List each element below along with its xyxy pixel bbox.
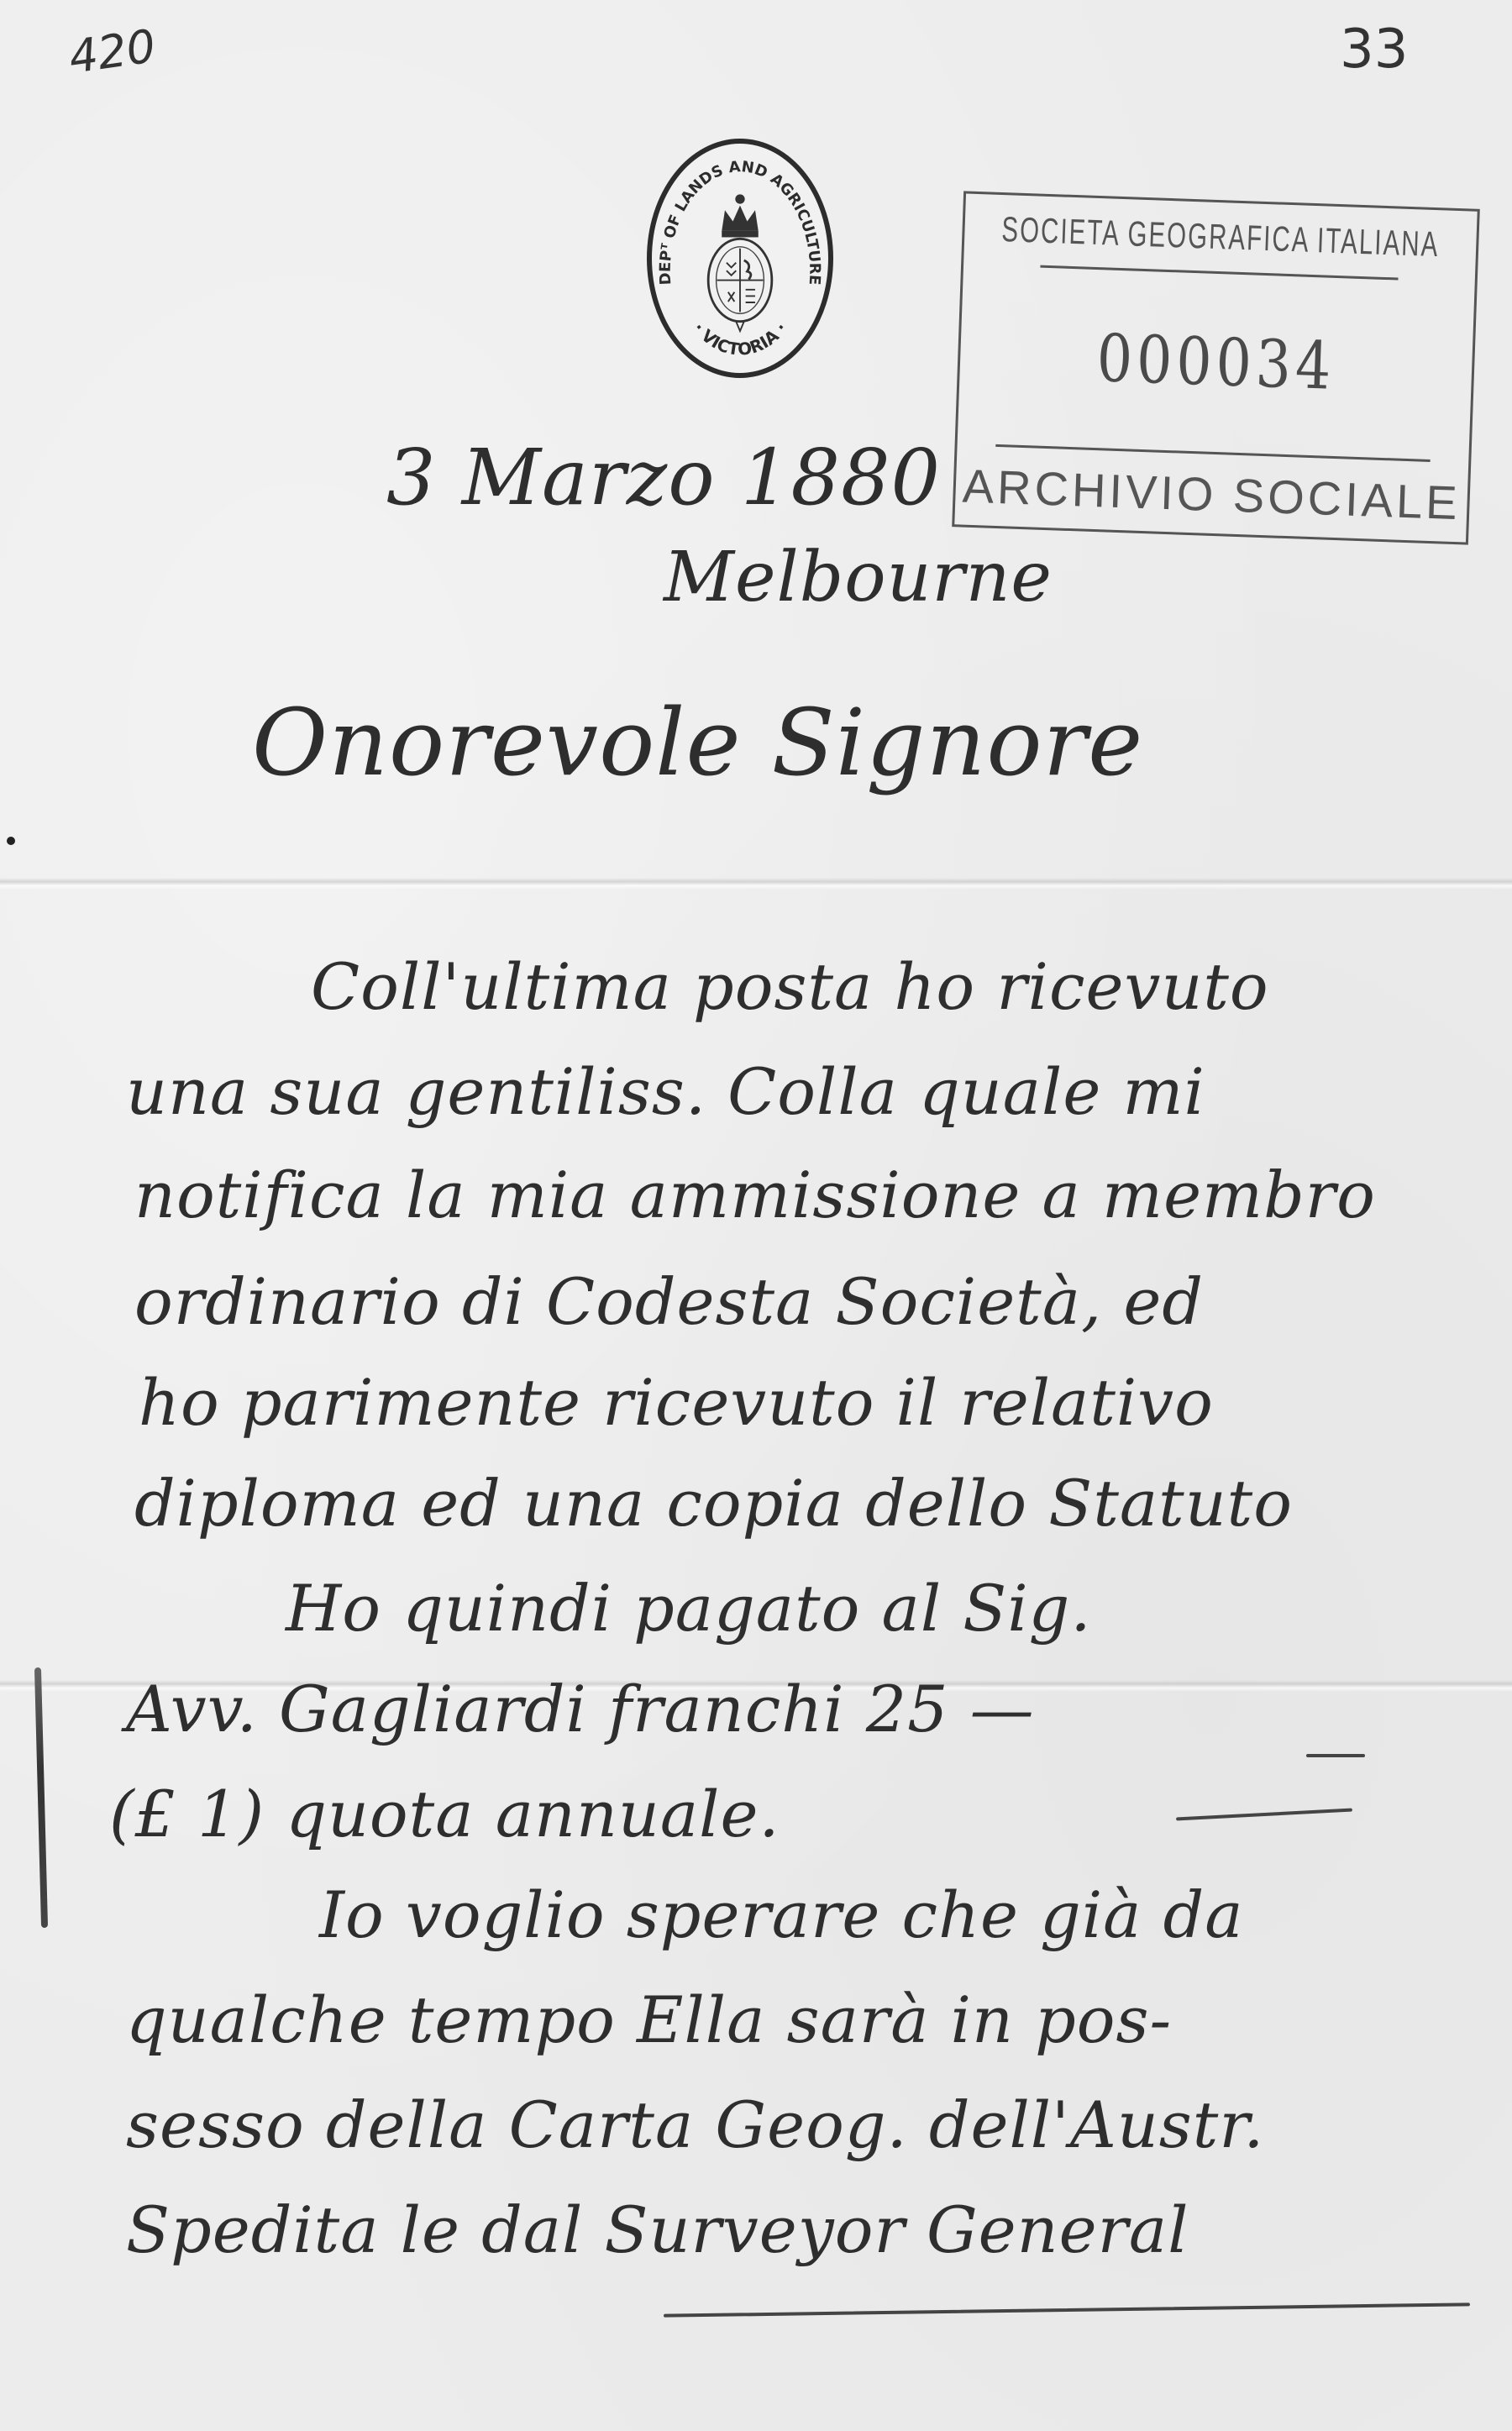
margin-mark — [34, 1667, 48, 1928]
letter-line: notifica la mia ammissione a membro — [134, 1158, 1376, 1232]
letter-line: sesso della Carta Geog. dell'Austr. — [126, 2087, 1264, 2162]
letter-place: Melbourne — [664, 538, 1053, 617]
archive-number-left: 420 — [66, 19, 159, 84]
letter-line: Coll'ultima posta ho ricevuto — [311, 949, 1269, 1024]
line-end-dash — [1176, 1809, 1352, 1821]
ink-spot — [7, 837, 15, 845]
stamp-number: 000034 — [995, 266, 1436, 462]
letter-line: Avv. Gagliardi franchi 25 — — [126, 1672, 1035, 1746]
crown-coat-of-arms-icon: DEPᵀ OF LANDS AND AGRICULTURE · VICTORIA… — [652, 144, 828, 373]
svg-text:· VICTORIA ·: · VICTORIA · — [689, 319, 790, 360]
archive-number-right: 33 — [1340, 18, 1408, 81]
letter-salutation: Onorevole Signore — [252, 689, 1143, 796]
letter-line: (£ 1) quota annuale. — [109, 1777, 780, 1851]
letter-line: ho parimente ricevuto il relativo — [139, 1365, 1214, 1440]
letter-line: Spedita le dal Surveyor General — [126, 2192, 1189, 2267]
letter-date: 3 Marzo 1880 — [386, 433, 941, 522]
archive-stamp: SOCIETA GEOGRAFICA ITALIANA 000034 ARCHI… — [952, 191, 1480, 544]
letter-line: Ho quindi pagato al Sig. — [286, 1571, 1092, 1646]
letter-line: Io voglio sperare che già da — [319, 1877, 1244, 1952]
dept-lands-seal: DEPᵀ OF LANDS AND AGRICULTURE · VICTORIA… — [647, 139, 833, 378]
letter-line: una sua gentiliss. Colla quale mi — [126, 1054, 1205, 1129]
stamp-society-name: SOCIETA GEOGRAFICA ITALIANA — [1040, 197, 1400, 281]
surveyor-general-underline — [664, 2302, 1470, 2317]
paper-fold-top — [0, 878, 1512, 890]
amount-dash — [1306, 1754, 1365, 1757]
letter-line: ordinario di Codesta Società, ed — [134, 1264, 1204, 1339]
letter-line: diploma ed una copia dello Statuto — [134, 1466, 1293, 1541]
letter-line: qualche tempo Ella sarà in pos- — [126, 1982, 1172, 2057]
